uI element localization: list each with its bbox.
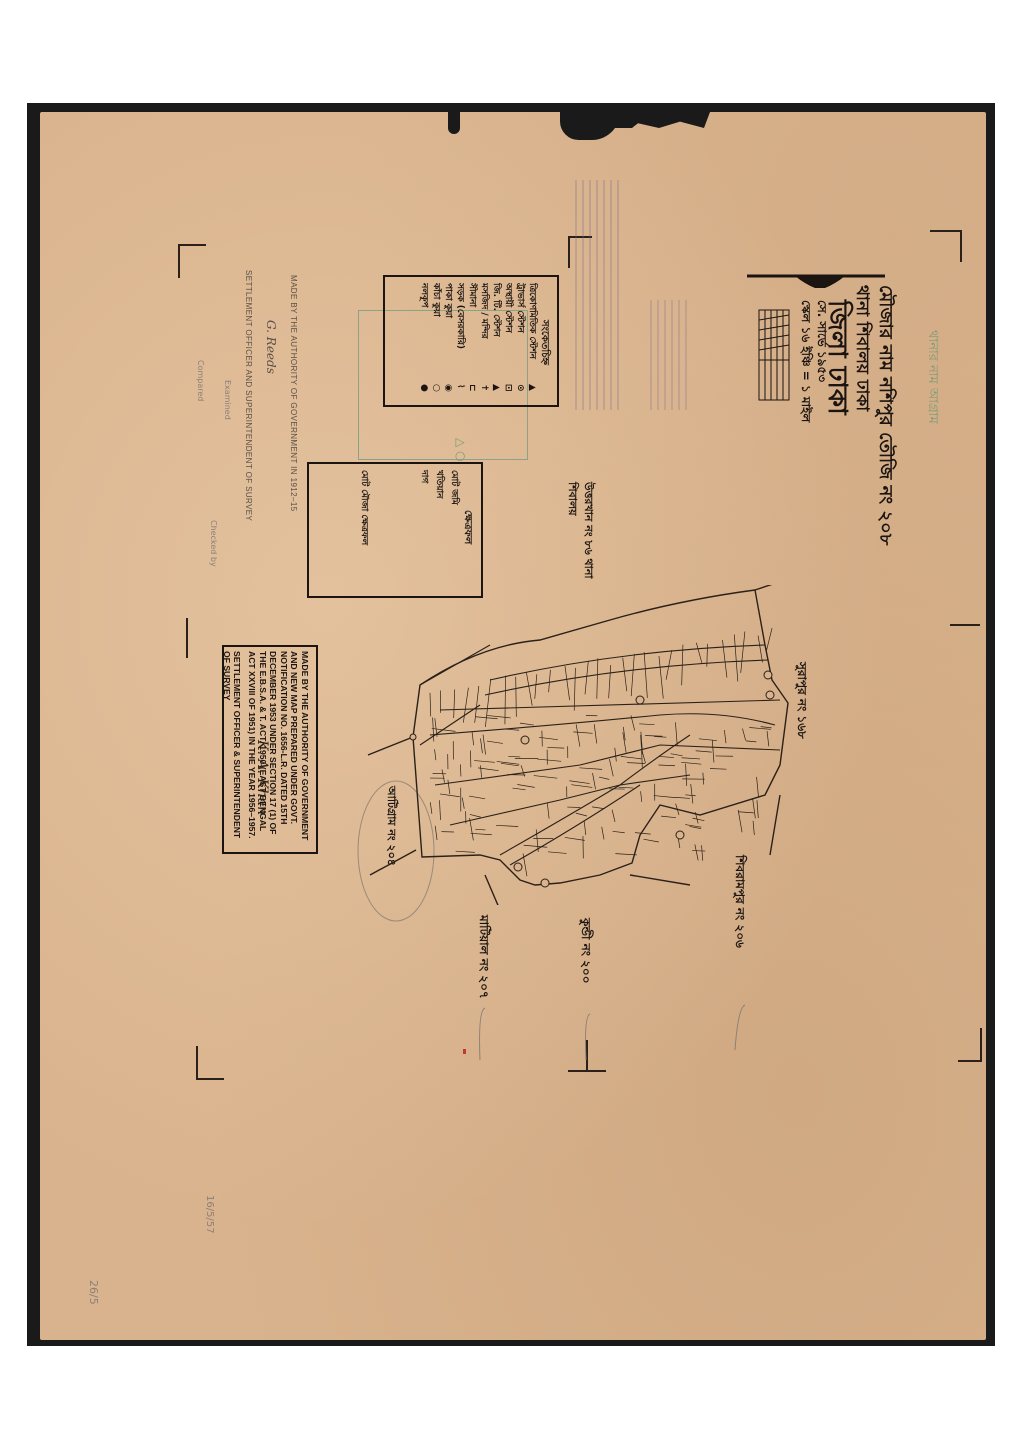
adjacent-mouza-south: কুন্ডী নং ২০০: [574, 918, 594, 984]
legend-item: ট্রাভার্স স্টেশন⊙: [514, 283, 526, 408]
paper-tear: [448, 112, 460, 134]
pencil-note: Compared: [196, 360, 205, 401]
legend-symbol-icon: ●: [418, 384, 430, 392]
crop-mark: [196, 1046, 224, 1080]
legend-item: পাকা কুয়া◉: [442, 283, 454, 408]
legend-green-symbols: △ ○: [454, 438, 468, 462]
circle-icon: ○: [454, 451, 468, 461]
stamp-signature: K. A. Khan: [254, 740, 270, 815]
legend-item: অস্থায়ী স্টেশন⊡: [502, 283, 514, 408]
crop-mark: [950, 624, 980, 628]
legend-item: সড়ক (বেসরকারি)⌇: [454, 283, 466, 408]
authority-note-line2: SETTLEMENT OFFICER AND SUPERINTENDENT OF…: [244, 270, 253, 521]
red-mark: [463, 1049, 466, 1054]
title-ornament: [745, 270, 895, 300]
signature: G. Reeds: [264, 320, 278, 374]
authority-note-line1: MADE BY THE AUTHORITY OF GOVERNMENT IN 1…: [289, 275, 298, 512]
pencil-note: Checked by: [209, 520, 218, 567]
adjacent-mouza-north: উত্তরখান নং ৮৬ থানা শিবালয়: [564, 482, 596, 602]
area-row: মোট মৌজা ক্ষেত্রফল: [357, 470, 372, 545]
area-heading: ক্ষেত্রফল: [458, 510, 475, 544]
crop-mark: [186, 618, 190, 658]
legend-symbol-icon: ⊏: [466, 384, 478, 392]
crop-mark: [930, 230, 962, 262]
pencil-marks: [460, 1000, 760, 1080]
authority-stamp: Made by the authority of Government and …: [222, 645, 318, 854]
cadastral-map: [360, 585, 810, 905]
crop-mark: [178, 244, 206, 278]
title-green-overprint: থানার নাম আগ্রাম: [921, 330, 942, 424]
legend-item: ত্রিকোণমিতিক স্টেশন▲: [526, 283, 538, 408]
legend-item: জি. টি. স্টেশন▲: [490, 283, 502, 408]
triangle-icon: △: [454, 438, 468, 447]
legend-item: সীমানা⊏: [466, 283, 478, 408]
scale-diagram-icon: [755, 300, 795, 410]
stamp-footer: Settlement Officer & Superintendent of S…: [221, 651, 242, 849]
legend-item: নলকূপ●: [418, 283, 430, 408]
legend-item: মসজিদ / মন্দির✝: [478, 283, 490, 408]
legend-symbol-icon: ⊡: [502, 384, 514, 392]
pencil-note: 26/5: [87, 1280, 100, 1305]
legend-symbol-icon: ⌇: [454, 384, 466, 388]
faded-text-block: [650, 300, 690, 410]
area-row: মোট জমি: [447, 470, 462, 505]
legend-symbol-icon: ◉: [442, 384, 454, 392]
legend-symbol-icon: ▲: [490, 384, 502, 391]
pencil-note: 16/5/57: [204, 1195, 215, 1234]
legend-symbol-icon: ⊙: [514, 384, 526, 392]
adjacent-mouza-southwest: মাটিয়াল নং ২০৭: [472, 915, 492, 999]
legend-items: ত্রিকোণমিতিক স্টেশন▲ট্রাভার্স স্টেশন⊙অস্…: [418, 283, 538, 408]
pencil-note: Examined: [223, 380, 232, 420]
faded-text-block: [575, 180, 620, 410]
area-row: খতিয়ান: [432, 470, 447, 499]
crop-mark: [958, 1028, 982, 1062]
legend-symbol-icon: ○: [430, 384, 442, 392]
legend-item: কাঁচা কুয়া○: [430, 283, 442, 408]
area-row: দাগ: [417, 470, 432, 483]
title-scale-line: স্কেল ১৬ ইঞ্চি = ১ মাইল: [794, 300, 814, 422]
legend-symbol-icon: ▲: [526, 384, 538, 391]
legend-symbol-icon: ✝: [478, 384, 490, 392]
